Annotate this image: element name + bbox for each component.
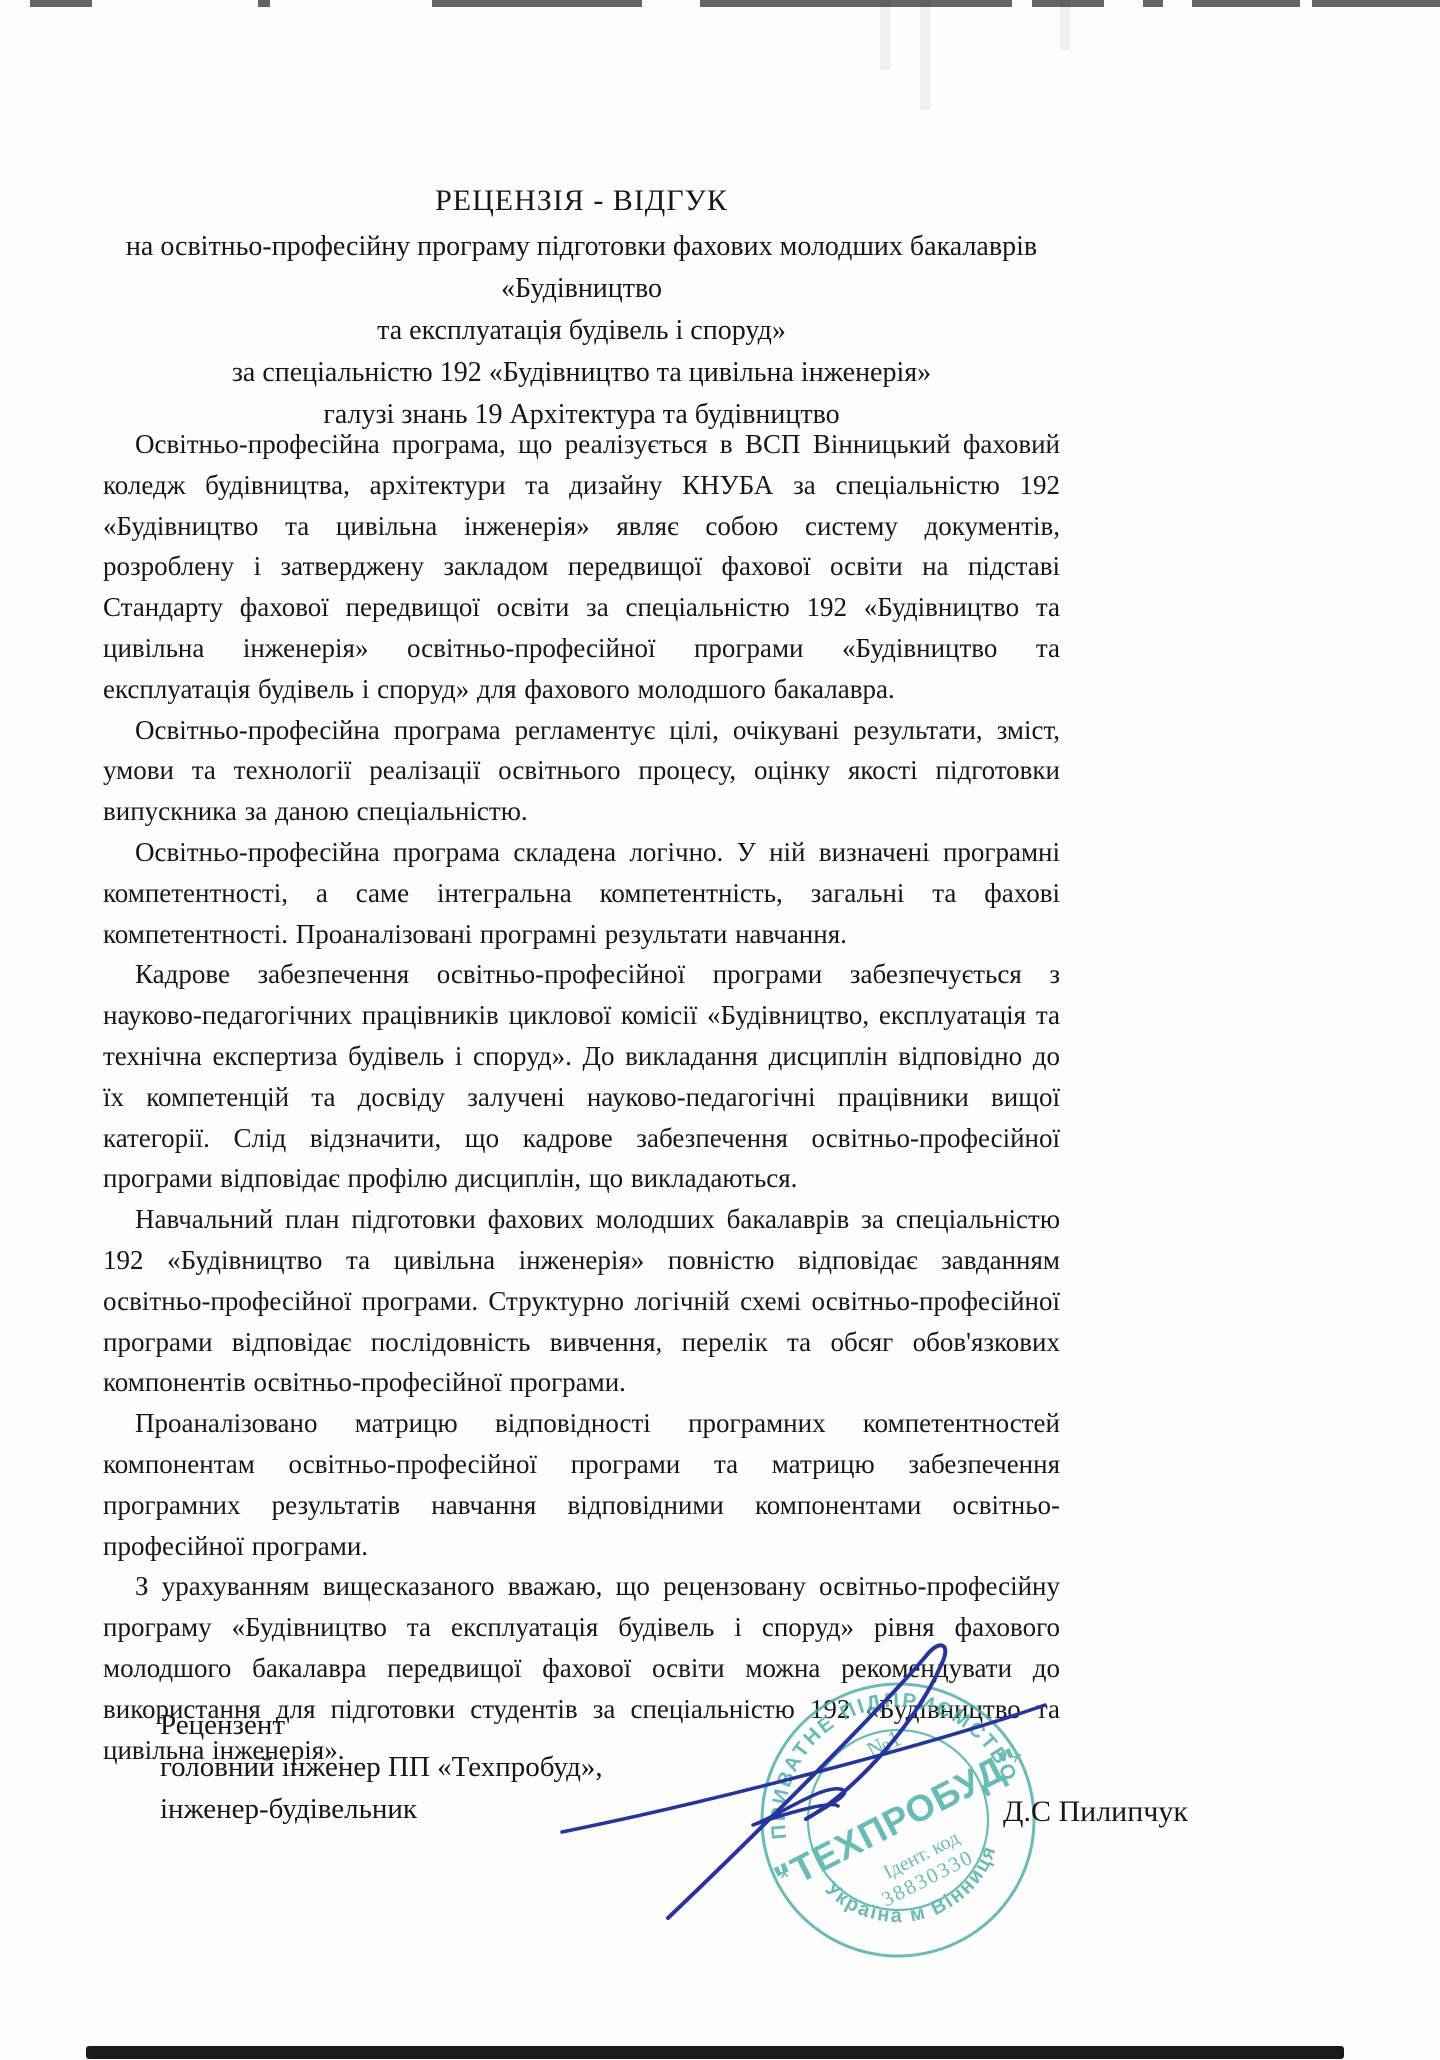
signature-block: Рецензент головний інженер ПП «Техпробуд… [160,1704,603,1830]
document-title: РЕЦЕНЗІЯ - ВІДГУК [103,184,1060,218]
signature-block-line: інженер-будівельник [160,1788,603,1830]
paragraph: Освітньо-професійна програма складена ло… [103,832,1060,954]
document-subtitle-line: на освітньо-професійну програму підготов… [103,226,1060,310]
signature-block-line: головний інженер ПП «Техпробуд», [160,1746,603,1788]
scan-artifact [1143,0,1163,7]
document-page: РЕЦЕНЗІЯ - ВІДГУК на освітньо-професійну… [0,0,1440,2060]
signature-block-line: Рецензент [160,1704,603,1746]
scan-artifact [30,0,92,7]
document-header: РЕЦЕНЗІЯ - ВІДГУК на освітньо-професійну… [103,184,1060,436]
paragraph: Проаналізовано матрицю відповідності про… [103,1403,1060,1566]
scan-artifact-bottom-bar [86,2046,1344,2059]
scan-artifact [700,0,1012,7]
scan-artifact [432,0,642,7]
scan-artifact [1192,0,1300,7]
document-subtitle-line: та експлуатація будівель і споруд» [103,310,1060,352]
document-subtitle-line: за спеціальністю 192 «Будівництво та цив… [103,352,1060,394]
handwritten-signature [540,1620,1140,1960]
scan-artifact [1060,0,1070,50]
reviewer-name: Д.С Пилипчук [1003,1795,1188,1829]
paragraph: Освітньо-професійна програма регламентує… [103,710,1060,832]
paragraph: Навчальний план підготовки фахових молод… [103,1199,1060,1403]
scan-artifact [880,0,890,70]
scan-artifact [920,0,930,110]
paragraph: Освітньо-професійна програма, що реалізу… [103,424,1060,710]
scan-artifact [258,0,270,7]
document-body: Освітньо-професійна програма, що реалізу… [103,424,1060,1770]
scan-artifact [1312,0,1440,7]
paragraph: Кадрове забезпечення освітньо-професійно… [103,954,1060,1199]
